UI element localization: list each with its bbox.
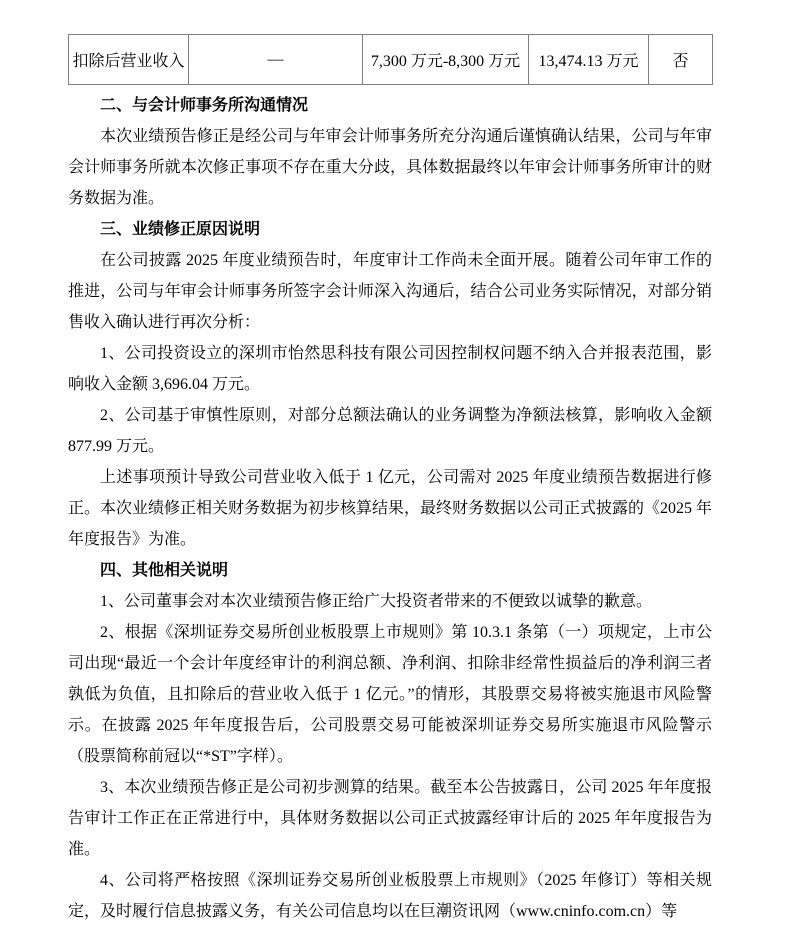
section-heading-other-notes: 四、其他相关说明	[68, 555, 712, 586]
table-cell-revised-range: 7,300 万元-8,300 万元	[363, 35, 529, 85]
table-cell-prior-year-value: 13,474.13 万元	[529, 35, 649, 85]
table-cell-metric-label: 扣除后营业收入	[69, 35, 189, 85]
paragraph-other-item-1: 1、公司董事会对本次业绩预告修正给广大投资者带来的不便致以诚挚的歉意。	[68, 586, 712, 617]
paragraph-other-item-3: 3、本次业绩预告修正是公司初步测算的结果。截至本公告披露日，公司 2025 年年…	[68, 772, 712, 865]
table-cell-loss-flag: 否	[649, 35, 713, 85]
paragraph-reason-item-1: 1、公司投资设立的深圳市怡然思科技有限公司因控制权问题不纳入合并报表范围，影响收…	[68, 338, 712, 400]
paragraph-reason-intro: 在公司披露 2025 年度业绩预告时，年度审计工作尚未全面开展。随着公司年审工作…	[68, 245, 712, 338]
section-heading-correction-reason: 三、业绩修正原因说明	[68, 214, 712, 245]
table-row-deducted-revenue: 扣除后营业收入 — 7,300 万元-8,300 万元 13,474.13 万元…	[69, 35, 713, 85]
document-body: 二、与会计师事务所沟通情况 本次业绩预告修正是经公司与年审会计师事务所充分沟通后…	[68, 90, 712, 927]
performance-forecast-table: 扣除后营业收入 — 7,300 万元-8,300 万元 13,474.13 万元…	[68, 34, 713, 85]
paragraph-other-item-4: 4、公司将严格按照《深圳证券交易所创业板股票上市规则》（2025 年修订）等相关…	[68, 865, 712, 927]
section-heading-communication: 二、与会计师事务所沟通情况	[68, 90, 712, 121]
paragraph-communication: 本次业绩预告修正是经公司与年审会计师事务所充分沟通后谨慎确认结果，公司与年审会计…	[68, 121, 712, 214]
document-page: 扣除后营业收入 — 7,300 万元-8,300 万元 13,474.13 万元…	[0, 0, 790, 943]
paragraph-reason-conclusion: 上述事项预计导致公司营业收入低于 1 亿元，公司需对 2025 年度业绩预告数据…	[68, 462, 712, 555]
table-cell-previous-value: —	[189, 35, 363, 85]
paragraph-reason-item-2: 2、公司基于审慎性原则，对部分总额法确认的业务调整为净额法核算，影响收入金额 8…	[68, 400, 712, 462]
paragraph-other-item-2: 2、根据《深圳证券交易所创业板股票上市规则》第 10.3.1 条第（一）项规定，…	[68, 617, 712, 772]
